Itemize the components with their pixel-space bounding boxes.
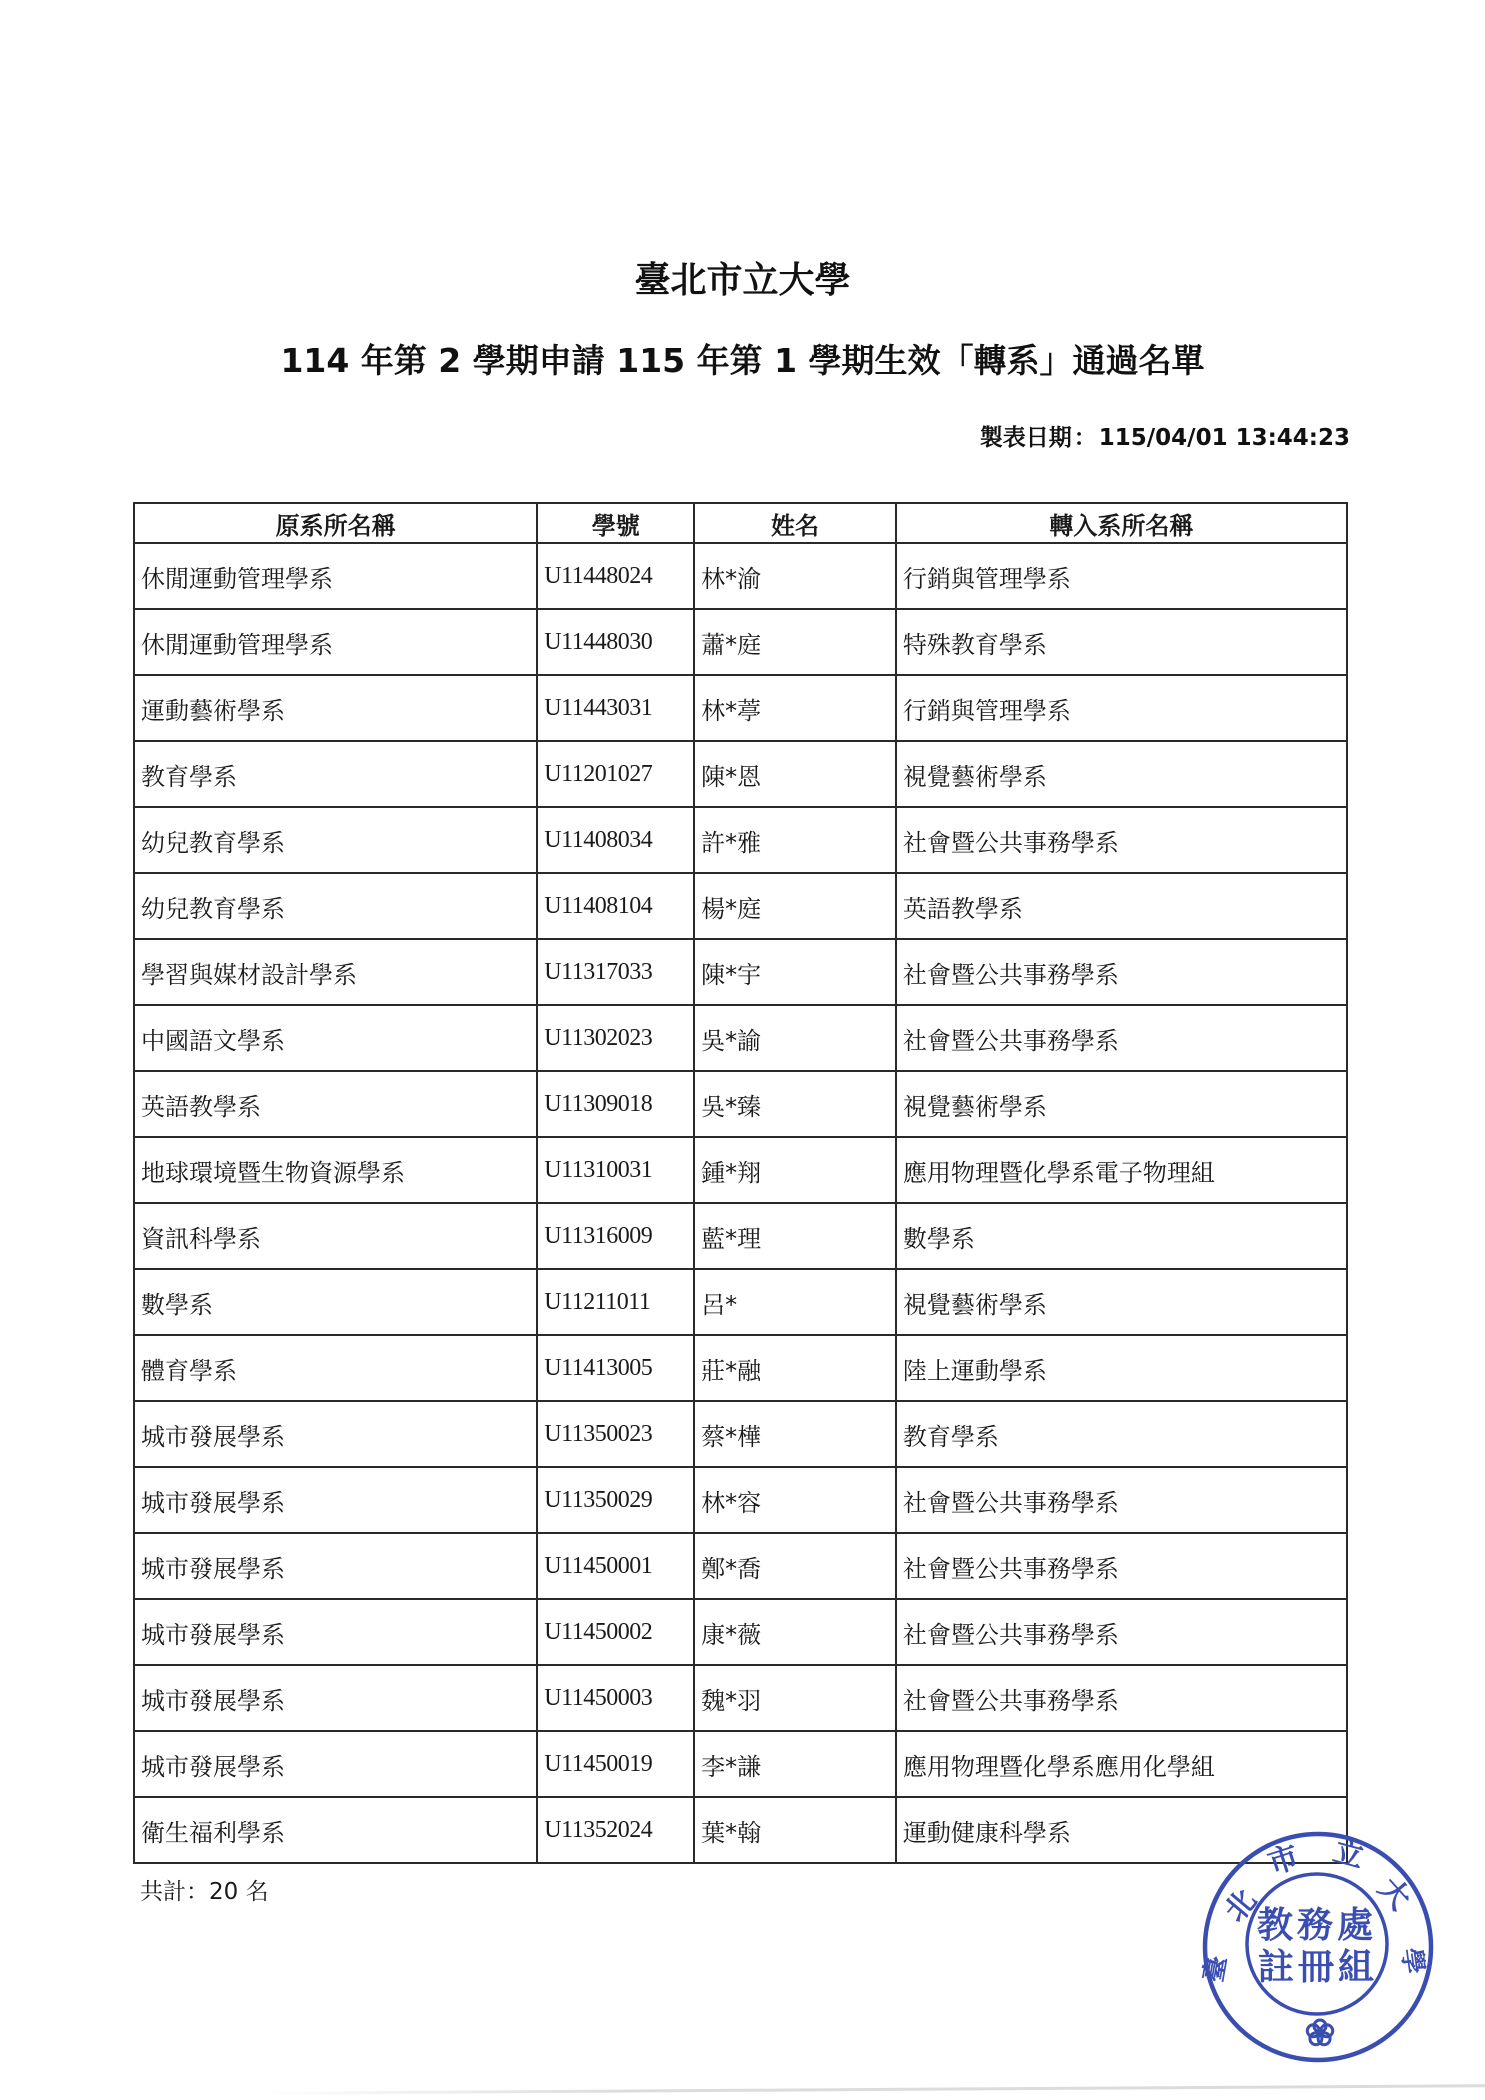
origin-dept-cell: 衛生福利學系 (134, 1797, 537, 1863)
table-row: 衛生福利學系U11352024葉*翰運動健康科學系 (134, 1797, 1347, 1863)
origin-dept-cell: 幼兒教育學系 (134, 807, 537, 873)
student-name-cell: 陳*宇 (694, 939, 896, 1005)
target-dept-cell: 社會暨公共事務學系 (896, 939, 1347, 1005)
student-name-cell: 陳*恩 (694, 741, 896, 807)
student-id-cell: U11352024 (537, 1797, 694, 1863)
stamp-inner-line1: 教務處 (1257, 1904, 1377, 1946)
origin-dept-cell: 城市發展學系 (134, 1665, 537, 1731)
student-name-cell: 魏*羽 (694, 1665, 896, 1731)
target-dept-cell: 視覺藝術學系 (896, 741, 1347, 807)
student-name-cell: 楊*庭 (694, 873, 896, 939)
student-id-cell: U11450019 (537, 1731, 694, 1797)
stamp-inner-line2: 註冊組 (1258, 1946, 1378, 1988)
student-name-cell: 葉*翰 (694, 1797, 896, 1863)
origin-dept-cell: 資訊科學系 (134, 1203, 537, 1269)
table-row: 城市發展學系U11350023蔡*樺教育學系 (134, 1401, 1347, 1467)
target-dept-cell: 社會暨公共事務學系 (896, 1467, 1347, 1533)
student-id-cell: U11408104 (537, 873, 694, 939)
student-id-cell: U11413005 (537, 1335, 694, 1401)
table-row: 資訊科學系U11316009藍*理數學系 (134, 1203, 1347, 1269)
table-row: 體育學系U11413005莊*融陸上運動學系 (134, 1335, 1347, 1401)
table-row: 休閒運動管理學系U11448024林*渝行銷與管理學系 (134, 543, 1347, 609)
column-header-student-id: 學號 (537, 503, 694, 543)
student-id-cell: U11350023 (537, 1401, 694, 1467)
student-id-cell: U11450003 (537, 1665, 694, 1731)
student-name-cell: 林*容 (694, 1467, 896, 1533)
student-name-cell: 李*謙 (694, 1731, 896, 1797)
table-row: 城市發展學系U11450019李*謙應用物理暨化學系應用化學組 (134, 1731, 1347, 1797)
student-name-cell: 莊*融 (694, 1335, 896, 1401)
origin-dept-cell: 城市發展學系 (134, 1731, 537, 1797)
origin-dept-cell: 中國語文學系 (134, 1005, 537, 1071)
origin-dept-cell: 幼兒教育學系 (134, 873, 537, 939)
origin-dept-cell: 體育學系 (134, 1335, 537, 1401)
student-id-cell: U11350029 (537, 1467, 694, 1533)
stamp-outer-char-0: 臺 (1200, 1953, 1233, 1984)
student-name-cell: 吳*臻 (694, 1071, 896, 1137)
table-row: 運動藝術學系U11443031林*葶行銷與管理學系 (134, 675, 1347, 741)
target-dept-cell: 應用物理暨化學系電子物理組 (896, 1137, 1347, 1203)
student-id-cell: U11450001 (537, 1533, 694, 1599)
table-row: 數學系U11211011呂*視覺藝術學系 (134, 1269, 1347, 1335)
origin-dept-cell: 休閒運動管理學系 (134, 609, 537, 675)
student-name-cell: 林*渝 (694, 543, 896, 609)
student-name-cell: 蔡*樺 (694, 1401, 896, 1467)
total-count: 共計：20 名 (140, 1877, 269, 1907)
student-name-cell: 蕭*庭 (694, 609, 896, 675)
student-name-cell: 呂* (694, 1269, 896, 1335)
table-row: 學習與媒材設計學系U11317033陳*宇社會暨公共事務學系 (134, 939, 1347, 1005)
table-row: 幼兒教育學系U11408104楊*庭英語教學系 (134, 873, 1347, 939)
student-id-cell: U11448024 (537, 543, 694, 609)
table-row: 城市發展學系U11450003魏*羽社會暨公共事務學系 (134, 1665, 1347, 1731)
registration-office-stamp: 臺 北 市 立 大 學 教務處 註冊組 (1200, 1829, 1440, 2069)
table-row: 地球環境暨生物資源學系U11310031鍾*翔應用物理暨化學系電子物理組 (134, 1137, 1347, 1203)
target-dept-cell: 社會暨公共事務學系 (896, 1005, 1347, 1071)
target-dept-cell: 教育學系 (896, 1401, 1347, 1467)
transfer-list-table: 原系所名稱 學號 姓名 轉入系所名稱 休閒運動管理學系U11448024林*渝行… (133, 502, 1348, 1864)
target-dept-cell: 社會暨公共事務學系 (896, 1599, 1347, 1665)
origin-dept-cell: 休閒運動管理學系 (134, 543, 537, 609)
origin-dept-cell: 城市發展學系 (134, 1401, 537, 1467)
table-row: 英語教學系U11309018吳*臻視覺藝術學系 (134, 1071, 1347, 1137)
table-row: 城市發展學系U11450002康*薇社會暨公共事務學系 (134, 1599, 1347, 1665)
target-dept-cell: 社會暨公共事務學系 (896, 1533, 1347, 1599)
student-name-cell: 藍*理 (694, 1203, 896, 1269)
student-id-cell: U11316009 (537, 1203, 694, 1269)
table-row: 中國語文學系U11302023吳*諭社會暨公共事務學系 (134, 1005, 1347, 1071)
target-dept-cell: 行銷與管理學系 (896, 675, 1347, 741)
table-row: 城市發展學系U11350029林*容社會暨公共事務學系 (134, 1467, 1347, 1533)
column-header-target-dept: 轉入系所名稱 (896, 503, 1347, 543)
stamp-outer-char-5: 學 (1395, 1946, 1428, 1976)
target-dept-cell: 陸上運動學系 (896, 1335, 1347, 1401)
report-date-value: 115/04/01 13:44:23 (1099, 425, 1350, 451)
student-id-cell: U11450002 (537, 1599, 694, 1665)
page-title: 臺北市立大學 (0, 258, 1485, 304)
origin-dept-cell: 英語教學系 (134, 1071, 537, 1137)
student-id-cell: U11302023 (537, 1005, 694, 1071)
student-id-cell: U11443031 (537, 675, 694, 741)
target-dept-cell: 視覺藝術學系 (896, 1269, 1347, 1335)
origin-dept-cell: 城市發展學系 (134, 1599, 537, 1665)
target-dept-cell: 社會暨公共事務學系 (896, 807, 1347, 873)
student-name-cell: 鄭*喬 (694, 1533, 896, 1599)
student-id-cell: U11211011 (537, 1269, 694, 1335)
report-date: 製表日期：115/04/01 13:44:23 (980, 424, 1350, 452)
report-date-separator: ： (1074, 425, 1097, 451)
student-id-cell: U11309018 (537, 1071, 694, 1137)
column-header-origin-dept: 原系所名稱 (134, 503, 537, 543)
origin-dept-cell: 地球環境暨生物資源學系 (134, 1137, 537, 1203)
scan-artifact-line (260, 2084, 1485, 2095)
student-name-cell: 吳*諭 (694, 1005, 896, 1071)
origin-dept-cell: 學習與媒材設計學系 (134, 939, 537, 1005)
target-dept-cell: 數學系 (896, 1203, 1347, 1269)
student-name-cell: 康*薇 (694, 1599, 896, 1665)
target-dept-cell: 應用物理暨化學系應用化學組 (896, 1731, 1347, 1797)
student-id-cell: U11310031 (537, 1137, 694, 1203)
target-dept-cell: 視覺藝術學系 (896, 1071, 1347, 1137)
target-dept-cell: 特殊教育學系 (896, 609, 1347, 675)
student-id-cell: U11317033 (537, 939, 694, 1005)
page-subtitle: 114 年第 2 學期申請 115 年第 1 學期生效「轉系」通過名單 (0, 338, 1485, 384)
student-name-cell: 許*雅 (694, 807, 896, 873)
table-row: 城市發展學系U11450001鄭*喬社會暨公共事務學系 (134, 1533, 1347, 1599)
target-dept-cell: 社會暨公共事務學系 (896, 1665, 1347, 1731)
student-name-cell: 林*葶 (694, 675, 896, 741)
target-dept-cell: 英語教學系 (896, 873, 1347, 939)
origin-dept-cell: 教育學系 (134, 741, 537, 807)
origin-dept-cell: 城市發展學系 (134, 1533, 537, 1599)
table-row: 教育學系U11201027陳*恩視覺藝術學系 (134, 741, 1347, 807)
table-header-row: 原系所名稱 學號 姓名 轉入系所名稱 (134, 503, 1347, 543)
student-id-cell: U11408034 (537, 807, 694, 873)
origin-dept-cell: 城市發展學系 (134, 1467, 537, 1533)
stamp-outer-char-3: 立 (1329, 1834, 1367, 1876)
target-dept-cell: 行銷與管理學系 (896, 543, 1347, 609)
origin-dept-cell: 運動藝術學系 (134, 675, 537, 741)
report-date-label: 製表日期 (980, 425, 1072, 451)
student-id-cell: U11201027 (537, 741, 694, 807)
student-id-cell: U11448030 (537, 609, 694, 675)
plum-blossom-icon (1307, 2020, 1332, 2045)
student-name-cell: 鍾*翔 (694, 1137, 896, 1203)
table-row: 休閒運動管理學系U11448030蕭*庭特殊教育學系 (134, 609, 1347, 675)
column-header-name: 姓名 (694, 503, 896, 543)
table-row: 幼兒教育學系U11408034許*雅社會暨公共事務學系 (134, 807, 1347, 873)
origin-dept-cell: 數學系 (134, 1269, 537, 1335)
